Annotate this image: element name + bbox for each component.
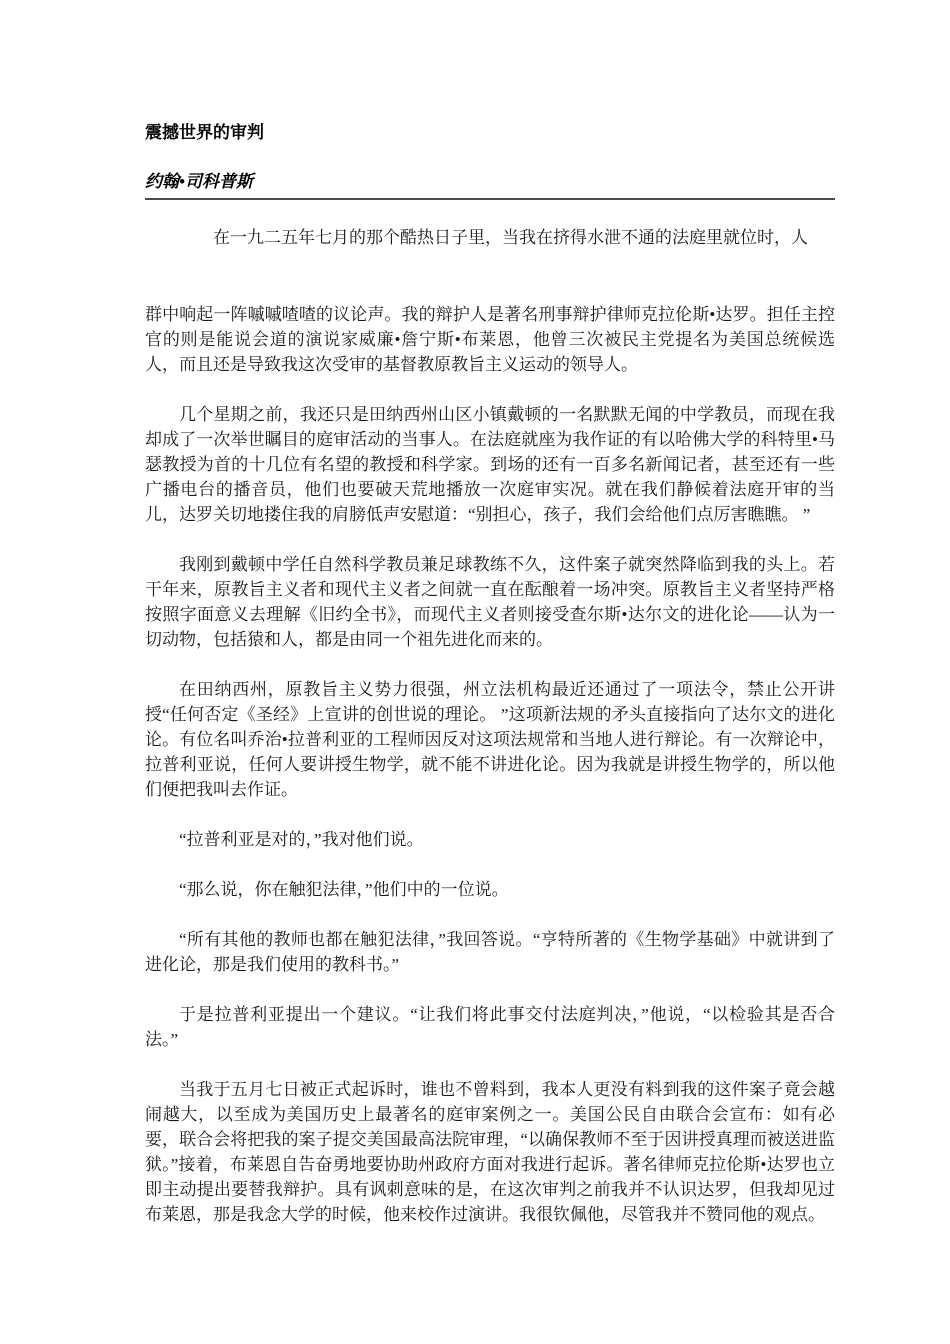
paragraph-new-teacher: 我刚到戴顿中学任自然科学教员兼足球教练不久，这件案子就突然降临到我的头上。若干年… xyxy=(145,552,835,652)
paragraph-dialogue-all-teachers: “所有其他的教师也都在触犯法律，”我回答说。“亨特所著的《生物学基础》中就讲到了… xyxy=(145,927,835,977)
paragraph-rappleyea-proposal: 于是拉普利亚提出一个建议。“让我们将此事交付法庭判决，”他说，“以检验其是否合法… xyxy=(145,1002,835,1052)
paragraph-indictment: 当我于五月七日被正式起诉时，谁也不曾料到，我本人更没有料到我的这件案子竟会越闹越… xyxy=(145,1077,835,1227)
paragraph-dialogue-breaking-law: “那么说，你在触犯法律，”他们中的一位说。 xyxy=(145,877,835,902)
document-author: 约翰•司科普斯 xyxy=(145,171,835,193)
paragraph-tennessee-law: 在田纳西州，原教旨主义势力很强，州立法机构最近还通过了一项法令，禁止公开讲授“任… xyxy=(145,677,835,802)
document-page: 震撼世界的审判 约翰•司科普斯 在一九二五年七月的那个酷热日子里，当我在挤得水泄… xyxy=(0,0,950,1344)
document-content: 震撼世界的审判 约翰•司科普斯 在一九二五年七月的那个酷热日子里，当我在挤得水泄… xyxy=(145,0,835,1227)
document-title: 震撼世界的审判 xyxy=(145,122,835,144)
author-divider-rule xyxy=(145,198,835,200)
paragraph-weeks-before: 几个星期之前，我还只是田纳西州山区小镇戴顿的一名默默无闻的中学教员，而现在我却成… xyxy=(145,402,835,527)
paragraph-opening-first-line: 在一九二五年七月的那个酷热日子里，当我在挤得水泄不通的法庭里就位时，人 xyxy=(145,225,835,250)
paragraph-dialogue-rappleyea-right: “拉普利亚是对的，”我对他们说。 xyxy=(145,827,835,852)
paragraph-opening-continuation: 群中响起一阵嘁嘁喳喳的议论声。我的辩护人是著名刑事辩护律师克拉伦斯•达罗。担任主… xyxy=(145,302,835,377)
